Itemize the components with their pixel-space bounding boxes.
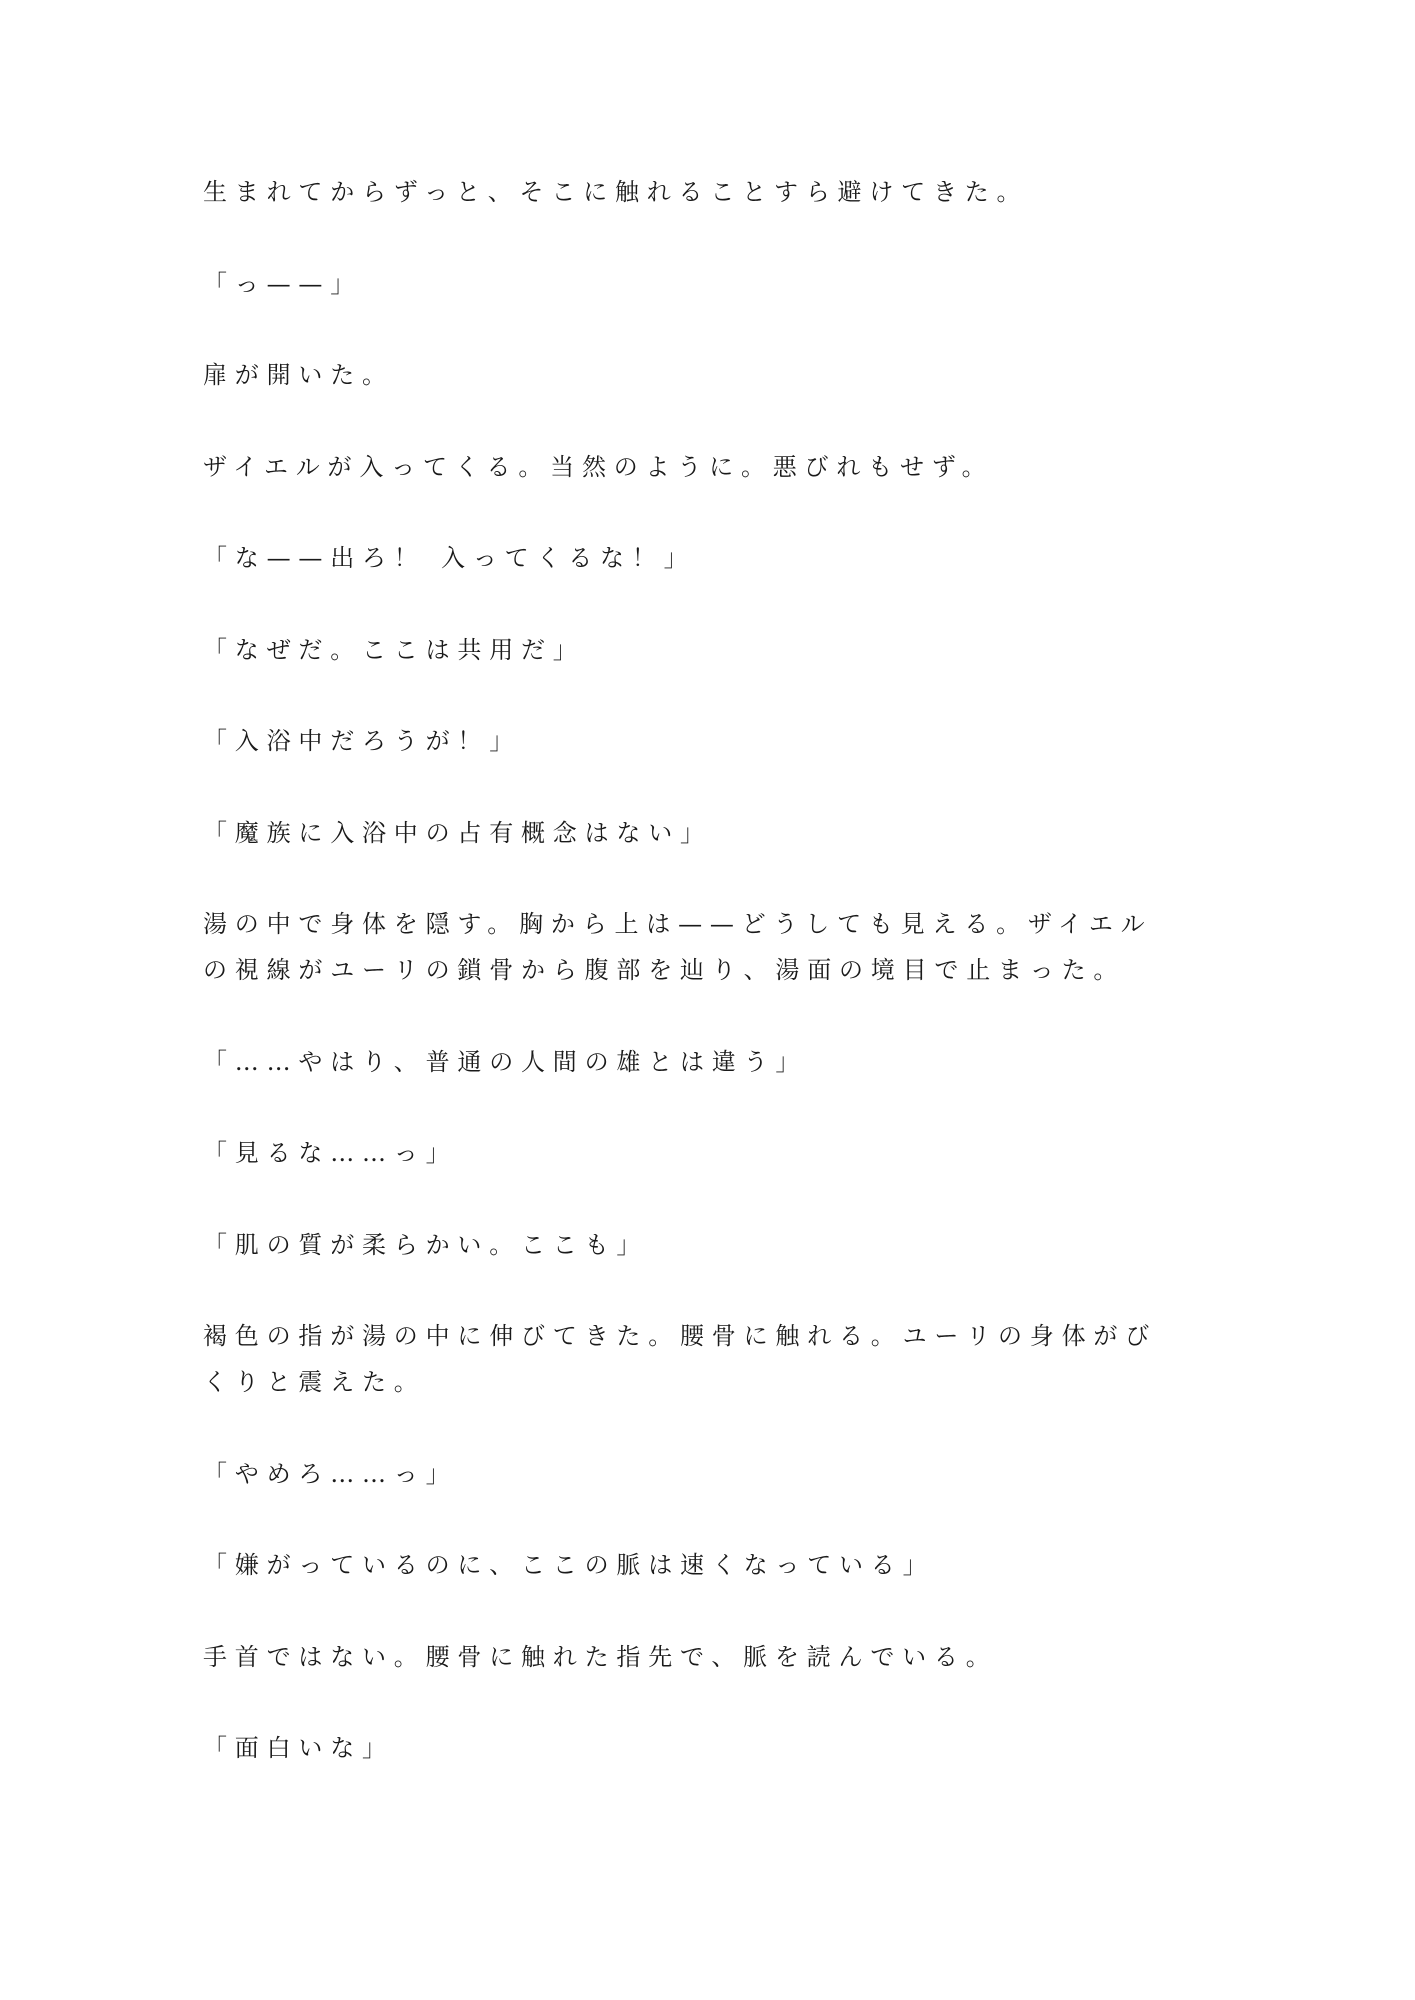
dialogue-line: 「面白いな」 — [203, 1725, 1168, 1771]
dialogue-line: 「嫌がっているのに、ここの脈は速くなっている」 — [203, 1542, 1168, 1588]
paragraph: 生まれてからずっと、そこに触れることすら避けてきた。 — [203, 169, 1168, 215]
dialogue-line: 「な——出ろ！ 入ってくるな！」 — [203, 535, 1168, 581]
document-page: 生まれてからずっと、そこに触れることすら避けてきた。 「っ——」 扉が開いた。 … — [203, 169, 1168, 1817]
paragraph: ザイエルが入ってくる。当然のように。悪びれもせず。 — [203, 444, 1168, 490]
dialogue-line: 「……やはり、普通の人間の雄とは違う」 — [203, 1039, 1168, 1085]
dialogue-line: 「魔族に入浴中の占有概念はない」 — [203, 810, 1168, 856]
paragraph: 手首ではない。腰骨に触れた指先で、脈を読んでいる。 — [203, 1634, 1168, 1680]
dialogue-line: 「っ——」 — [203, 261, 1168, 307]
dialogue-line: 「なぜだ。ここは共用だ」 — [203, 627, 1168, 673]
paragraph: 褐色の指が湯の中に伸びてきた。腰骨に触れる。ユーリの身体がびくりと震えた。 — [203, 1313, 1168, 1405]
dialogue-line: 「肌の質が柔らかい。ここも」 — [203, 1222, 1168, 1268]
paragraph: 湯の中で身体を隠す。胸から上は——どうしても見える。ザイエルの視線がユーリの鎖骨… — [203, 901, 1168, 993]
dialogue-line: 「やめろ……っ」 — [203, 1451, 1168, 1497]
dialogue-line: 「入浴中だろうが！」 — [203, 718, 1168, 764]
dialogue-line: 「見るな……っ」 — [203, 1130, 1168, 1176]
paragraph: 扉が開いた。 — [203, 352, 1168, 398]
